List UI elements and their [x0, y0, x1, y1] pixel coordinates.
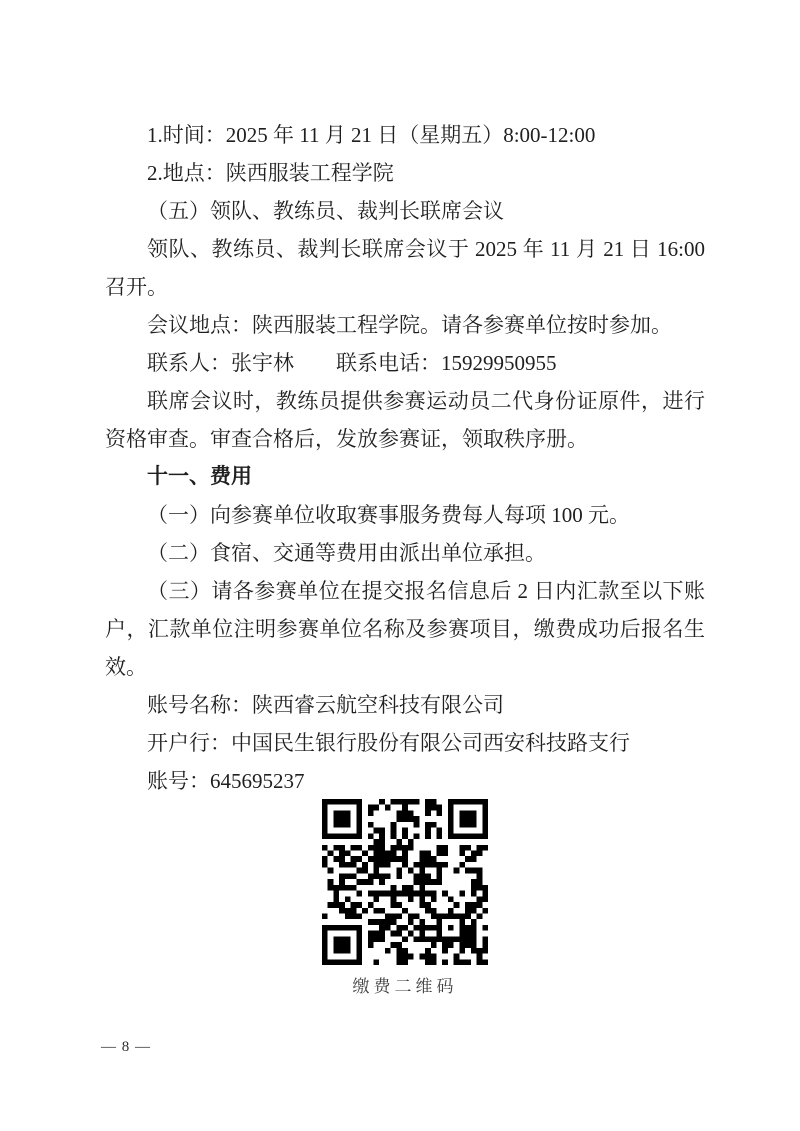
paragraph: 2.地点：陕西服装工程学院 — [105, 154, 705, 192]
paragraph: 领队、教练员、裁判长联席会议于 2025 年 11 月 21 日 16:00 召… — [105, 230, 705, 306]
qr-caption: 缴费二维码 — [105, 972, 705, 997]
paragraph: 开户行：中国民生银行股份有限公司西安科技路支行 — [105, 724, 705, 762]
paragraph: 账号名称：陕西睿云航空科技有限公司 — [105, 686, 705, 724]
paragraph: 会议地点：陕西服装工程学院。请各参赛单位按时参加。 — [105, 306, 705, 344]
paragraph: 联系人：张宇林 联系电话：15929950955 — [105, 344, 705, 382]
paragraph: （二）食宿、交通等费用由派出单位承担。 — [105, 534, 705, 572]
paragraph: （五）领队、教练员、裁判长联席会议 — [105, 192, 705, 230]
document-page: 1.时间：2025 年 11 月 21 日（星期五）8:00-12:002.地点… — [0, 0, 800, 1131]
paragraph: 联席会议时，教练员提供参赛运动员二代身份证原件，进行资格审查。审查合格后，发放参… — [105, 382, 705, 458]
page-number: — 8 — — [101, 1039, 151, 1056]
paragraph: 1.时间：2025 年 11 月 21 日（星期五）8:00-12:00 — [105, 116, 705, 154]
payment-qr-code-image — [322, 799, 488, 965]
paragraph: （一）向参赛单位收取赛事服务费每人每项 100 元。 — [105, 496, 705, 534]
paragraph: （三）请各参赛单位在提交报名信息后 2 日内汇款至以下账户，汇款单位注明参赛单位… — [105, 572, 705, 686]
document-body: 1.时间：2025 年 11 月 21 日（星期五）8:00-12:002.地点… — [105, 116, 705, 800]
payment-qr-section: 缴费二维码 — [105, 799, 705, 997]
section-heading: 十一、费用 — [105, 458, 705, 496]
paragraph: 账号：645695237 — [105, 762, 705, 800]
